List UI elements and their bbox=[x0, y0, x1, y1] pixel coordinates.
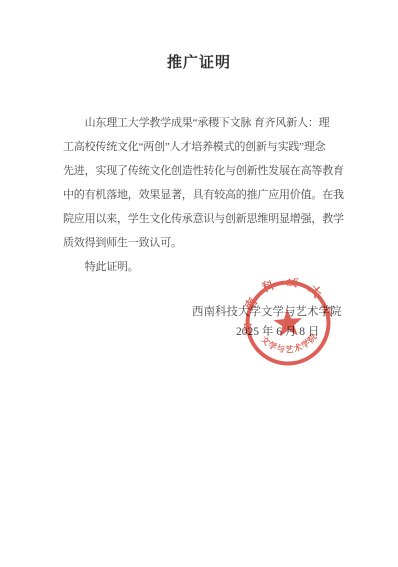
certificate-page: 推广证明 山东理工大学教学成果“承稷下文脉 育齐风新人：理 工高校传统文化“两创… bbox=[0, 0, 398, 567]
body-line: 工高校传统文化“两创”人才培养模式的创新与实践”理念 bbox=[63, 135, 347, 159]
signature-date: 2025 年 6 月 8 日 bbox=[236, 323, 319, 339]
document-title: 推广证明 bbox=[0, 51, 398, 72]
body-line: 山东理工大学教学成果“承稷下文脉 育齐风新人：理 bbox=[63, 111, 347, 135]
body-line: 中的有机落地，效果显著，具有较高的推广应用价值。在我 bbox=[63, 183, 347, 207]
document-body: 山东理工大学教学成果“承稷下文脉 育齐风新人：理 工高校传统文化“两创”人才培养… bbox=[63, 111, 347, 279]
body-line: 先进，实现了传统文化创造性转化与创新性发展在高等教育 bbox=[63, 159, 347, 183]
body-line: 特此证明。 bbox=[63, 255, 347, 279]
body-line: 质效得到师生一致认可。 bbox=[63, 231, 347, 255]
signature-org: 西南科技大学文学与艺术学院 bbox=[192, 303, 342, 319]
body-line: 院应用以来，学生文化传承意识与创新思维明显增强，教学 bbox=[63, 207, 347, 231]
